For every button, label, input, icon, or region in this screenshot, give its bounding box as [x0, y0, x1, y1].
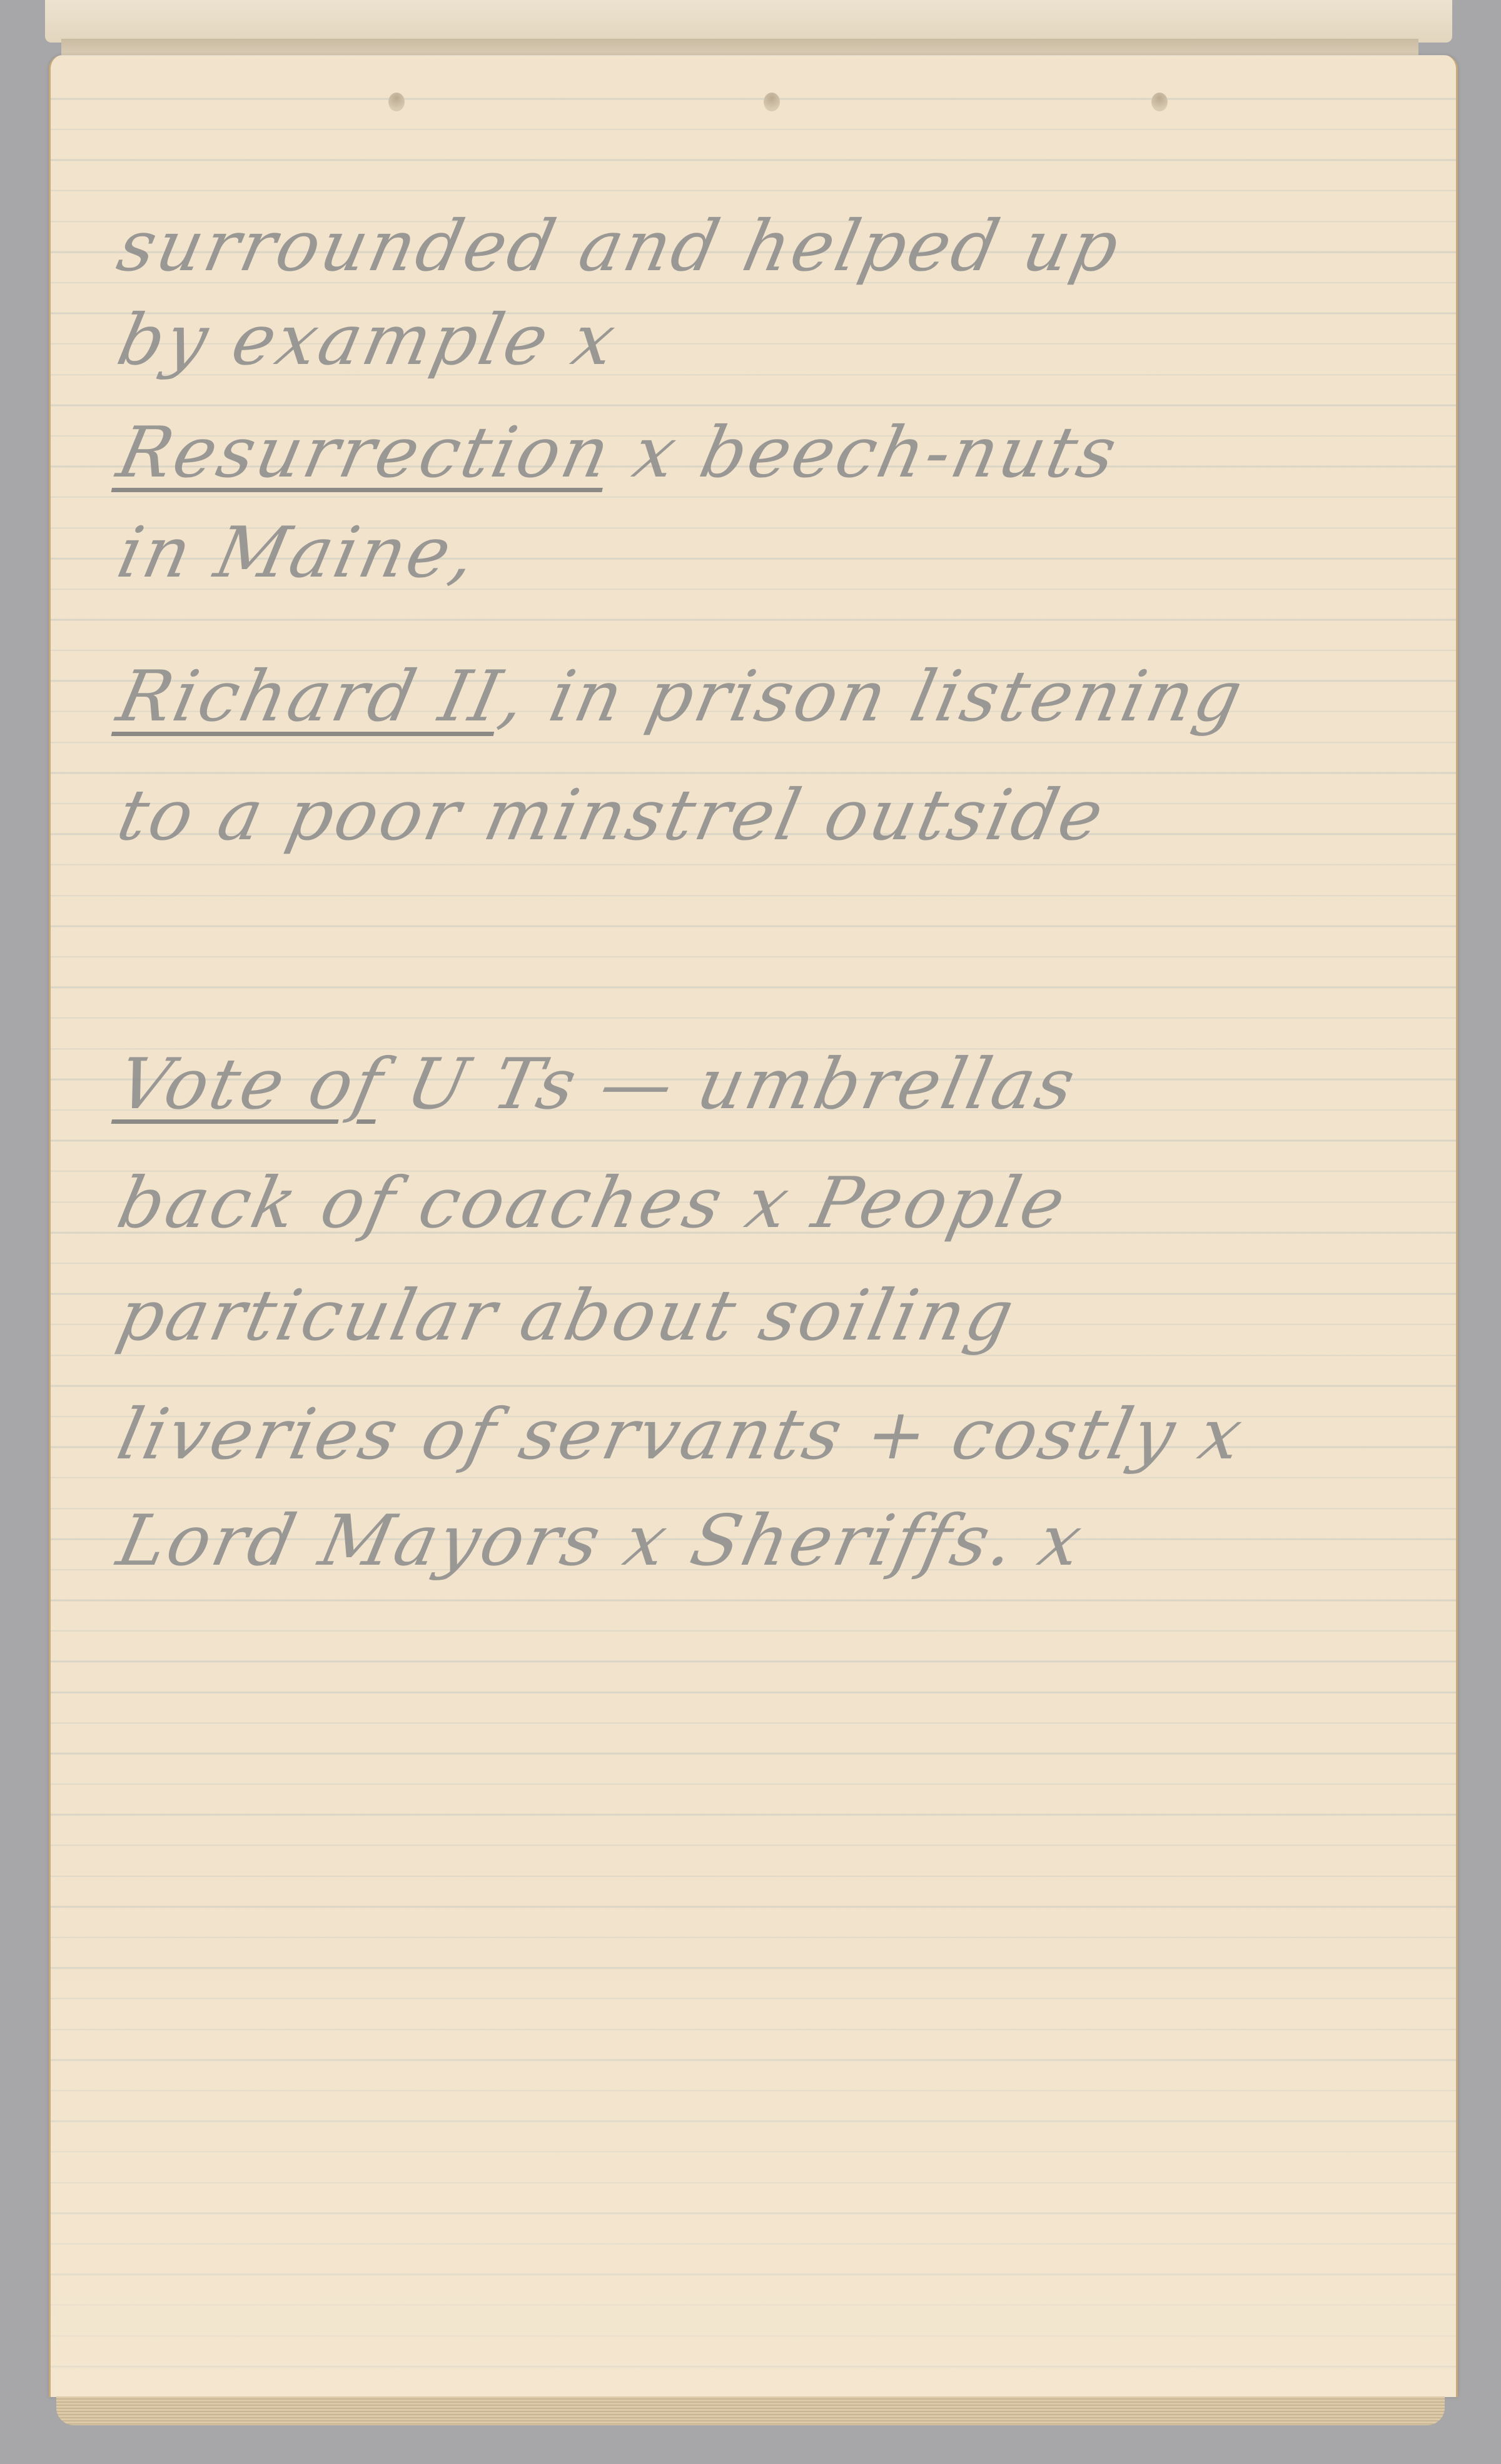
- handwritten-line-4: in Maine,: [112, 518, 484, 588]
- binding-notch: [388, 93, 405, 111]
- previous-page-stub: [45, 0, 1452, 43]
- handwritten-line-6: to a poor minstrel outside: [112, 780, 1111, 851]
- handwritten-line-5: Richard II, in prison listening: [112, 662, 1250, 732]
- page-stack-edge: [56, 2396, 1445, 2425]
- notebook-page: surrounded and helped up by example x Re…: [49, 55, 1458, 2397]
- handwritten-line-7: Vote of U Ts — umbrellas: [112, 1049, 1083, 1119]
- handwritten-line-9: particular about soiling: [112, 1281, 1021, 1351]
- binding-notch: [1151, 93, 1168, 111]
- handwritten-line-2: by example x: [112, 305, 623, 375]
- handwritten-line-11: Lord Mayors x Sheriffs. x: [112, 1506, 1089, 1576]
- handwritten-line-1: surrounded and helped up: [112, 211, 1127, 281]
- underlined-title: Vote of: [111, 1044, 392, 1125]
- handwritten-line-8: back of coaches x People: [112, 1168, 1073, 1238]
- handwritten-line-10: liveries of servants + costly x: [112, 1400, 1250, 1470]
- underlined-title: Resurrection: [111, 412, 619, 493]
- underlined-title: Richard II: [111, 656, 510, 737]
- binding-notch: [764, 93, 780, 111]
- handwritten-line-3: Resurrection x beech-nuts: [112, 418, 1124, 488]
